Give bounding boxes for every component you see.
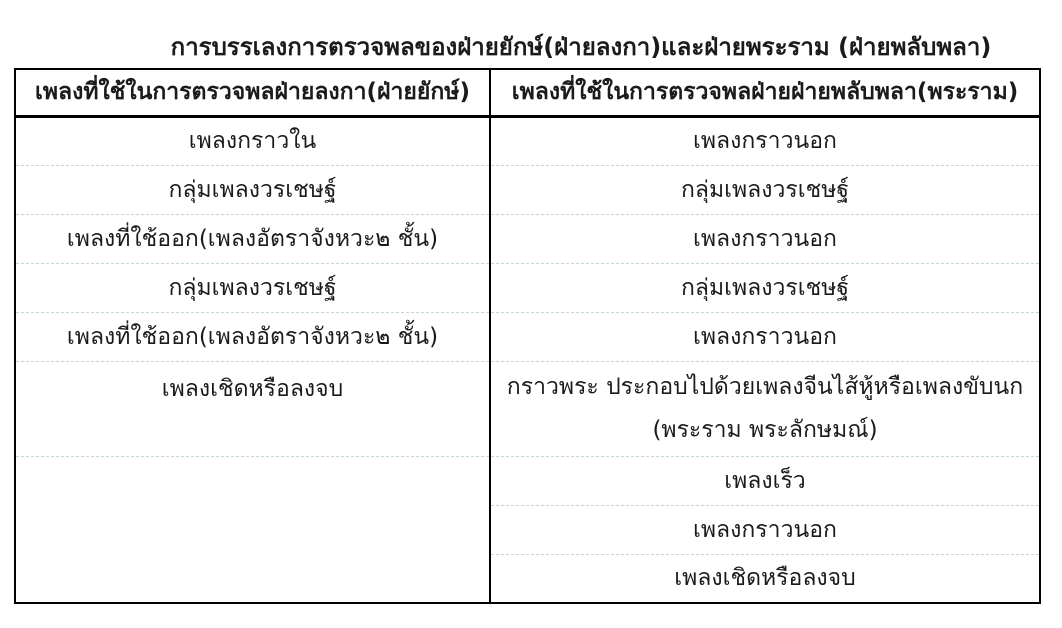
table-row: เพลงที่ใช้ออก(เพลงอัตราจังหวะ๒ ชั้น) เพล…	[15, 312, 1040, 361]
music-table: เพลงที่ใช้ในการตรวจพลฝ่ายลงกา(ฝ่ายยักษ์)…	[14, 68, 1041, 604]
left-cell: เพลงเชิดหรือลงจบ	[15, 361, 490, 456]
left-cell: เพลงที่ใช้ออก(เพลงอัตราจังหวะ๒ ชั้น)	[15, 214, 490, 263]
header-left-column: เพลงที่ใช้ในการตรวจพลฝ่ายลงกา(ฝ่ายยักษ์)	[15, 69, 490, 116]
right-cell: เพลงกราวนอก	[490, 505, 1040, 554]
right-cell: กราวพระ ประกอบไปด้วยเพลงจีนไส้หู้หรือเพล…	[490, 361, 1040, 456]
right-cell: เพลงกราวนอก	[490, 116, 1040, 165]
right-cell: เพลงเร็ว	[490, 456, 1040, 505]
right-cell: เพลงกราวนอก	[490, 214, 1040, 263]
right-cell: เพลงเชิดหรือลงจบ	[490, 554, 1040, 603]
table-row: เพลงกราวใน เพลงกราวนอก	[15, 116, 1040, 165]
table-row: กลุ่มเพลงวรเชษฐ์ กลุ่มเพลงวรเชษฐ์	[15, 165, 1040, 214]
right-cell: เพลงกราวนอก	[490, 312, 1040, 361]
page-title: การบรรเลงการตรวจพลของฝ่ายยักษ์(ฝ่ายลงกา)…	[50, 27, 1062, 66]
table-row: เพลงเชิดหรือลงจบ กราวพระ ประกอบไปด้วยเพล…	[15, 361, 1040, 456]
header-row: เพลงที่ใช้ในการตรวจพลฝ่ายลงกา(ฝ่ายยักษ์)…	[15, 69, 1040, 116]
left-cell: กลุ่มเพลงวรเชษฐ์	[15, 263, 490, 312]
right-cell: กลุ่มเพลงวรเชษฐ์	[490, 165, 1040, 214]
table-row: เพลงที่ใช้ออก(เพลงอัตราจังหวะ๒ ชั้น) เพล…	[15, 214, 1040, 263]
right-cell-line2: (พระราม พระลักษมณ์)	[491, 417, 1039, 443]
left-cell: กลุ่มเพลงวรเชษฐ์	[15, 165, 490, 214]
table-row: กลุ่มเพลงวรเชษฐ์ กลุ่มเพลงวรเชษฐ์	[15, 263, 1040, 312]
right-cell-line1: กราวพระ ประกอบไปด้วยเพลงจีนไส้หู้หรือเพล…	[491, 374, 1039, 400]
left-cell-empty	[15, 456, 490, 603]
header-right-column: เพลงที่ใช้ในการตรวจพลฝ่ายฝ่ายพลับพลา(พระ…	[490, 69, 1040, 116]
left-cell: เพลงที่ใช้ออก(เพลงอัตราจังหวะ๒ ชั้น)	[15, 312, 490, 361]
right-cell: กลุ่มเพลงวรเชษฐ์	[490, 263, 1040, 312]
left-cell: เพลงกราวใน	[15, 116, 490, 165]
document-page: การบรรเลงการตรวจพลของฝ่ายยักษ์(ฝ่ายลงกา)…	[0, 0, 1062, 628]
table-row: เพลงเร็ว	[15, 456, 1040, 505]
